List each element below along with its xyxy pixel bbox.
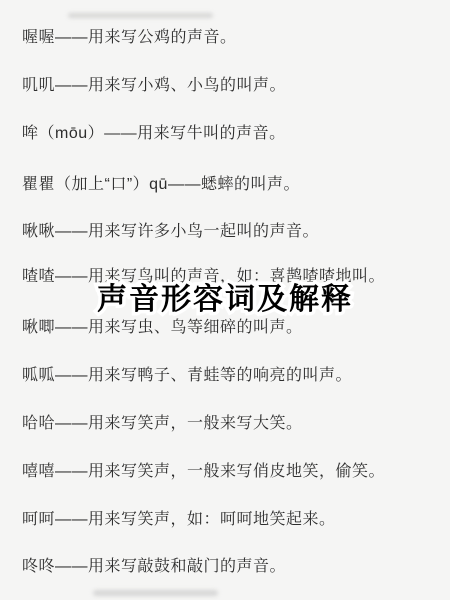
page-title: 声音形容词及解释 (0, 284, 450, 316)
text-line: 啾唧——用来写虫、鸟等细碎的叫声。 (22, 318, 442, 338)
text-line: 哈哈——用来写笑声，一般来写大笑。 (22, 414, 442, 434)
text-line: 呵呵——用来写笑声，如：呵呵地笑起来。 (22, 510, 442, 530)
text-line: 哞（mōu）——用来写牛叫的声音。 (22, 124, 442, 144)
text-line: 呱呱——用来写鸭子、青蛙等的响亮的叫声。 (22, 366, 442, 386)
text-line: 喔喔——用来写公鸡的声音。 (22, 28, 442, 48)
crop-artifact-bottom (93, 590, 218, 596)
text-line: 嘻嘻——用来写笑声，一般来写俏皮地笑，偷笑。 (22, 462, 442, 482)
text-line: 瞿瞿（加上“口”）qū——蟋蟀的叫声。 (22, 175, 442, 195)
crop-artifact-top (68, 13, 213, 18)
text-line: 咚咚——用来写敲鼓和敲门的声音。 (22, 557, 442, 577)
text-line: 啾啾——用来写许多小鸟一起叫的声音。 (22, 222, 442, 242)
text-line: 叽叽——用来写小鸡、小鸟的叫声。 (22, 76, 442, 96)
document-page: 喔喔——用来写公鸡的声音。 叽叽——用来写小鸡、小鸟的叫声。 哞（mōu）——用… (0, 0, 450, 600)
